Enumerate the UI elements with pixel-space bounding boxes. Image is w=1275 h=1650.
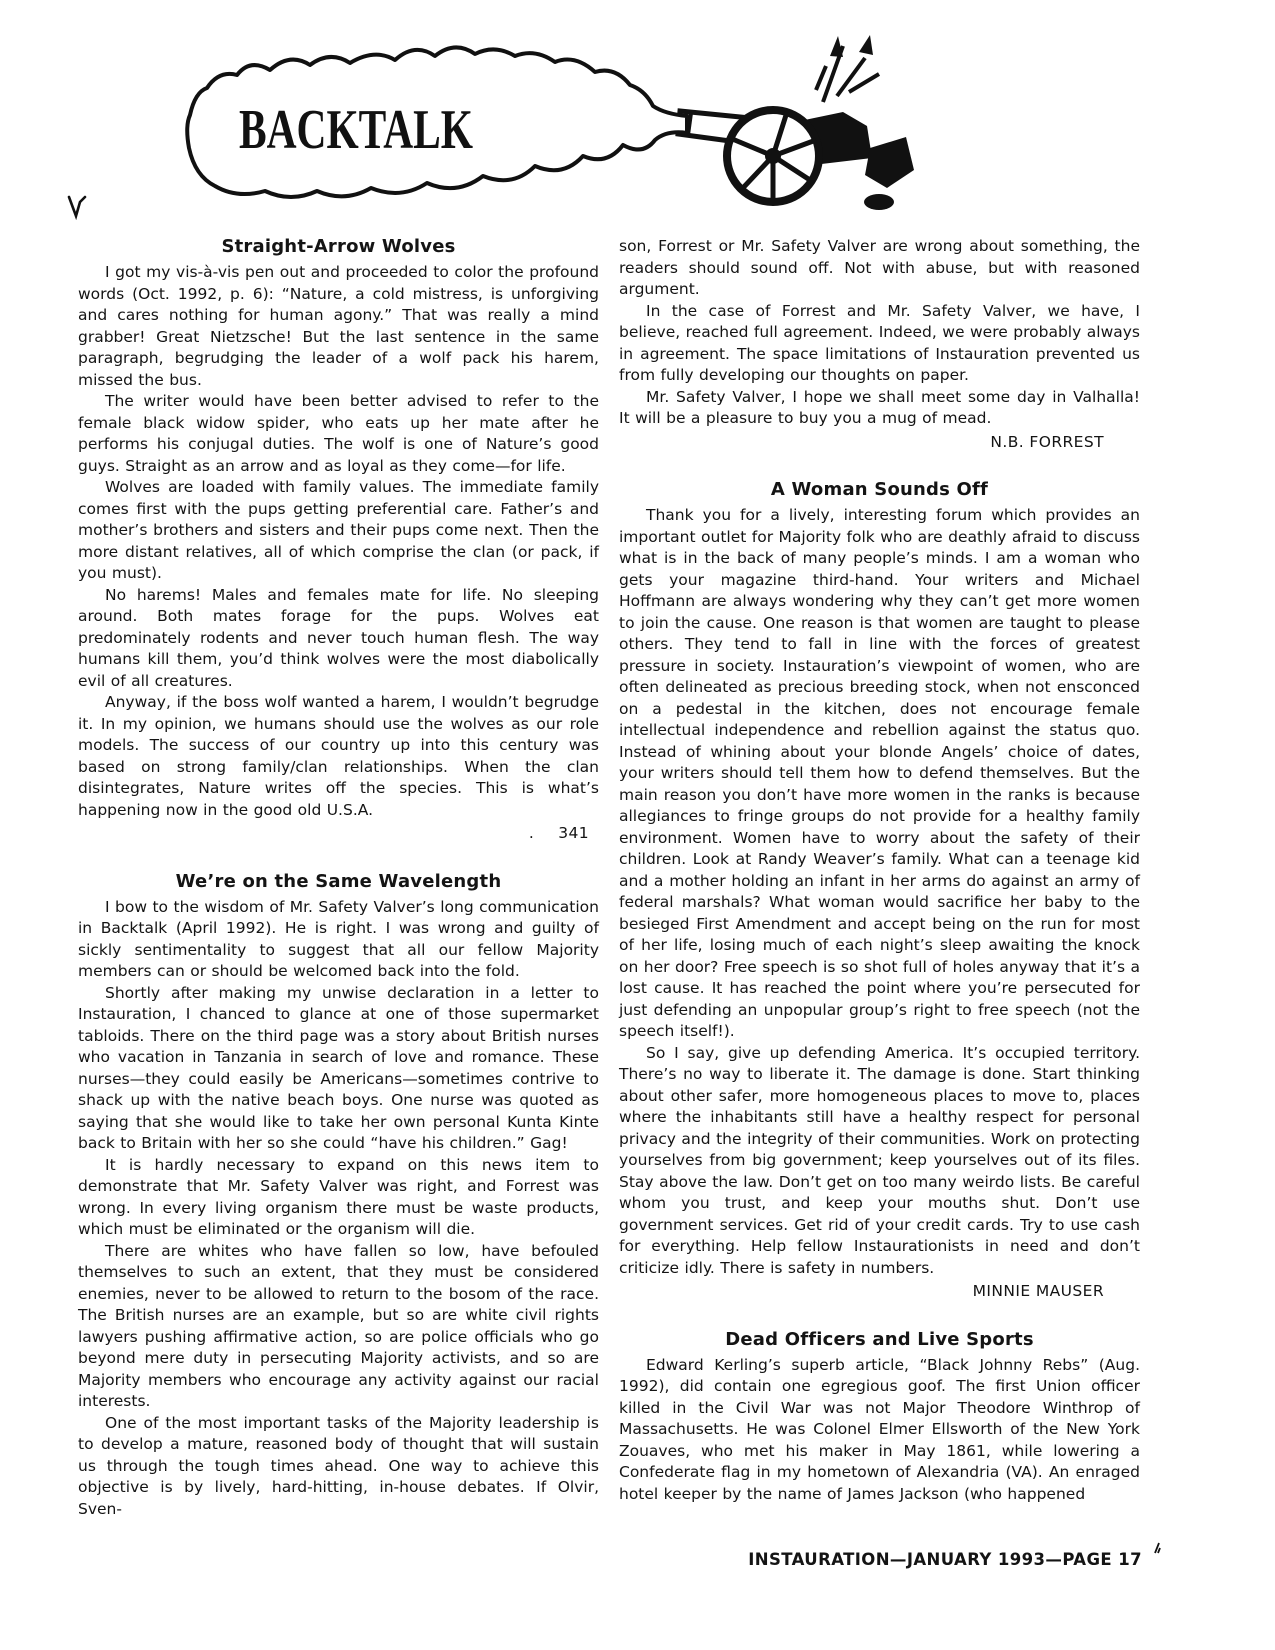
letter-paragraph: I got my vis-à-vis pen out and proceeded… [78, 262, 599, 391]
letter-paragraph-continued: son, Forrest or Mr. Safety Valver are wr… [619, 236, 1140, 301]
masthead: BACKTALK [175, 30, 915, 226]
letter-paragraph: Edward Kerling’s superb article, “Black … [619, 1355, 1140, 1506]
letter-paragraph: Anyway, if the boss wolf wanted a harem,… [78, 692, 599, 821]
magazine-page: BACKTALK Straight-Arrow Wolves I got my … [0, 0, 1275, 1650]
letter-signature: MINNIE MAUSER [619, 1281, 1140, 1303]
letter-paragraph: I bow to the wisdom of Mr. Safety Valver… [78, 897, 599, 983]
letter-paragraph: Shortly after making my unwise declarati… [78, 983, 599, 1155]
letter-signature: N.B. FORREST [619, 432, 1140, 454]
right-column: son, Forrest or Mr. Safety Valver are wr… [619, 236, 1140, 1520]
masthead-art: BACKTALK [175, 30, 915, 226]
letter-paragraph: In the case of Forrest and Mr. Safety Va… [619, 301, 1140, 387]
blast-icon [816, 35, 879, 102]
signature-dot: . [529, 823, 534, 845]
letter-paragraph: So I say, give up defending America. It’… [619, 1043, 1140, 1280]
stray-mark [1152, 1540, 1162, 1554]
cannon-trail [865, 137, 914, 188]
text-columns: Straight-Arrow Wolves I got my vis-à-vis… [78, 236, 1140, 1520]
letter-paragraph: No harems! Males and females mate for li… [78, 585, 599, 693]
letter-title-dead-officers: Dead Officers and Live Sports [619, 1329, 1140, 1351]
signature-number: 341 [558, 824, 589, 842]
page-footer: INSTAURATION—JANUARY 1993—PAGE 17 [0, 1550, 1142, 1569]
letter-title-same-wavelength: We’re on the Same Wavelength [78, 871, 599, 893]
letter-signature: .341 [78, 823, 599, 845]
masthead-title: BACKTALK [239, 99, 473, 161]
pen-mark-icon [66, 194, 88, 220]
letter-paragraph: There are whites who have fallen so low,… [78, 1241, 599, 1413]
cannon-icon [678, 35, 914, 210]
left-column: Straight-Arrow Wolves I got my vis-à-vis… [78, 236, 599, 1520]
letter-paragraph: Wolves are loaded with family values. Th… [78, 477, 599, 585]
cannon-wheel-icon [727, 110, 819, 202]
letter-paragraph: The writer would have been better advise… [78, 391, 599, 477]
letter-paragraph: Mr. Safety Valver, I hope we shall meet … [619, 387, 1140, 430]
footer-text: INSTAURATION—JANUARY 1993—PAGE 17 [748, 1550, 1142, 1569]
cannon-ground-blob [864, 194, 894, 210]
letter-title-straight-arrow-wolves: Straight-Arrow Wolves [78, 236, 599, 258]
letter-paragraph: Thank you for a lively, interesting foru… [619, 505, 1140, 1043]
letter-paragraph: One of the most important tasks of the M… [78, 1413, 599, 1521]
letter-paragraph: It is hardly necessary to expand on this… [78, 1155, 599, 1241]
letter-title-woman-sounds-off: A Woman Sounds Off [619, 479, 1140, 501]
